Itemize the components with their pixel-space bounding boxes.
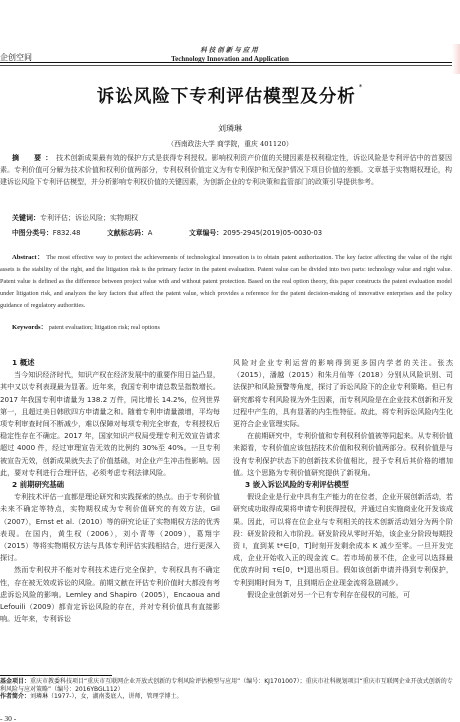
fund-note: 基金项目：重庆市教委科技项目“重庆市互联网企业开放式创新的专利风险评估模型与应用… xyxy=(0,678,455,693)
paragraph: 假设企业是行业中具有生产能力的在位者，企业开展创新活动，若研究成功取得成果将申请… xyxy=(233,491,453,589)
document-code: 文献标志码：A xyxy=(107,227,189,237)
keywords-en: Keywords： patent evaluation; litigation … xyxy=(12,321,160,331)
abstract-en-text: The most effective way to protect the ac… xyxy=(0,254,452,309)
section-heading-2: 2 前期研究基础 xyxy=(0,479,220,491)
keywords-cn-label: 关键词： xyxy=(12,214,40,222)
fund-text: 重庆市教委科技项目“重庆市互联网企业开放式创新的专利风险评估模型与应用”（编号：… xyxy=(0,678,453,693)
section-heading-3: 3 嵌入诉讼风险的专利评估模型 xyxy=(233,479,453,491)
article-title-text: 诉讼风险下专利评估模型及分析 xyxy=(97,87,356,107)
title-footnote-mark: * xyxy=(359,83,364,91)
keywords-en-text: patent evaluation; litigation risk; real… xyxy=(49,324,160,331)
body-column-right: 风险对企业专利运营的影响得到更多国内学者的关注。张杰（2015），潘越（2015… xyxy=(233,357,453,601)
abstract-en: Abstract： The most effective way to prot… xyxy=(0,252,452,312)
paragraph: 当今知识经济时代，知识产权在经济发展中的重要作用日益凸显，其中又以专利表现最为显… xyxy=(0,369,220,479)
clc-label: 中图分类号： xyxy=(12,229,53,237)
keywords-cn-text: 专利评估；诉讼风险；实物期权 xyxy=(40,214,138,222)
doc-code-value: A xyxy=(148,229,153,237)
clc-value: F832.48 xyxy=(53,229,81,237)
article-no-value: 2095-2945(2019)05-0030-03 xyxy=(223,229,322,237)
author-note-label: 作者简介： xyxy=(0,693,30,700)
classification-row: 中图分类号：F832.48 文献标志码：A 文章编号：2095-2945(201… xyxy=(12,227,452,237)
clc-number: 中图分类号：F832.48 xyxy=(12,227,107,237)
article-author: 刘璘琳 xyxy=(0,123,460,134)
paragraph-continued: 风险对企业专利运营的影响得到更多国内学者的关注。张杰（2015），潘越（2015… xyxy=(233,357,453,430)
doc-code-label: 文献标志码： xyxy=(107,229,148,237)
header-rule-thin xyxy=(0,65,453,66)
header-rule xyxy=(0,62,453,63)
journal-name-cn: 科技创新与应用 xyxy=(0,46,460,55)
abstract-cn-text: 技术创新成果最有效的保护方式是获得专利授权。影响权利资产价值的关键因素是权利稳定… xyxy=(0,154,452,186)
abstract-cn: 摘 要：技术创新成果最有效的保护方式是获得专利授权。影响权利资产价值的关键因素是… xyxy=(0,152,452,188)
section-heading-1: 1 概述 xyxy=(0,357,220,369)
footnotes: 基金项目：重庆市教委科技项目“重庆市互联网企业开放式创新的专利风险评估模型与应用… xyxy=(0,678,455,701)
keywords-cn: 关键词：专利评估；诉讼风险；实物期权 xyxy=(12,213,138,223)
paragraph: 在前期研究中，专利价值和专利权利价值被等同起来。从专利价值来源看，专利价值应该包… xyxy=(233,430,453,479)
author-affiliation: （西南政法大学 商学院，重庆 401120） xyxy=(0,138,460,148)
article-number: 文章编号：2095-2945(2019)05-0030-03 xyxy=(189,227,322,237)
abstract-en-label: Abstract： xyxy=(12,254,44,261)
abstract-cn-label: 摘 要： xyxy=(12,154,56,162)
footnote-rule xyxy=(0,675,112,676)
fund-label: 基金项目： xyxy=(0,678,30,685)
page-number: - 30 - xyxy=(0,714,16,722)
paragraph: 假设企业创新对另一个已有专利存在侵权的可能，可 xyxy=(233,589,453,601)
paragraph: 然而专利权并不能对专利技术进行完全保护，专利权具有不确定性，存在被无效或诉讼的风… xyxy=(0,564,220,625)
keywords-en-label: Keywords： xyxy=(12,324,47,331)
author-note-text: 刘璘琳（1977-），女，湖南娄底人，讲师，管理学博士。 xyxy=(30,693,182,700)
article-title: 诉讼风险下专利评估模型及分析* xyxy=(0,83,460,108)
body-column-left: 1 概述 当今知识经济时代，知识产权在经济发展中的重要作用日益凸显，其中又以专利… xyxy=(0,357,220,625)
author-note: 作者简介：刘璘琳（1977-），女，湖南娄底人，讲师，管理学博士。 xyxy=(0,693,455,701)
article-no-label: 文章编号： xyxy=(189,229,223,237)
page-edge-mark xyxy=(452,44,460,74)
paragraph: 专利技术评估一直都是理论研究和实践探索的热点。由于专利价值未来不确定等特点，实物… xyxy=(0,491,220,564)
